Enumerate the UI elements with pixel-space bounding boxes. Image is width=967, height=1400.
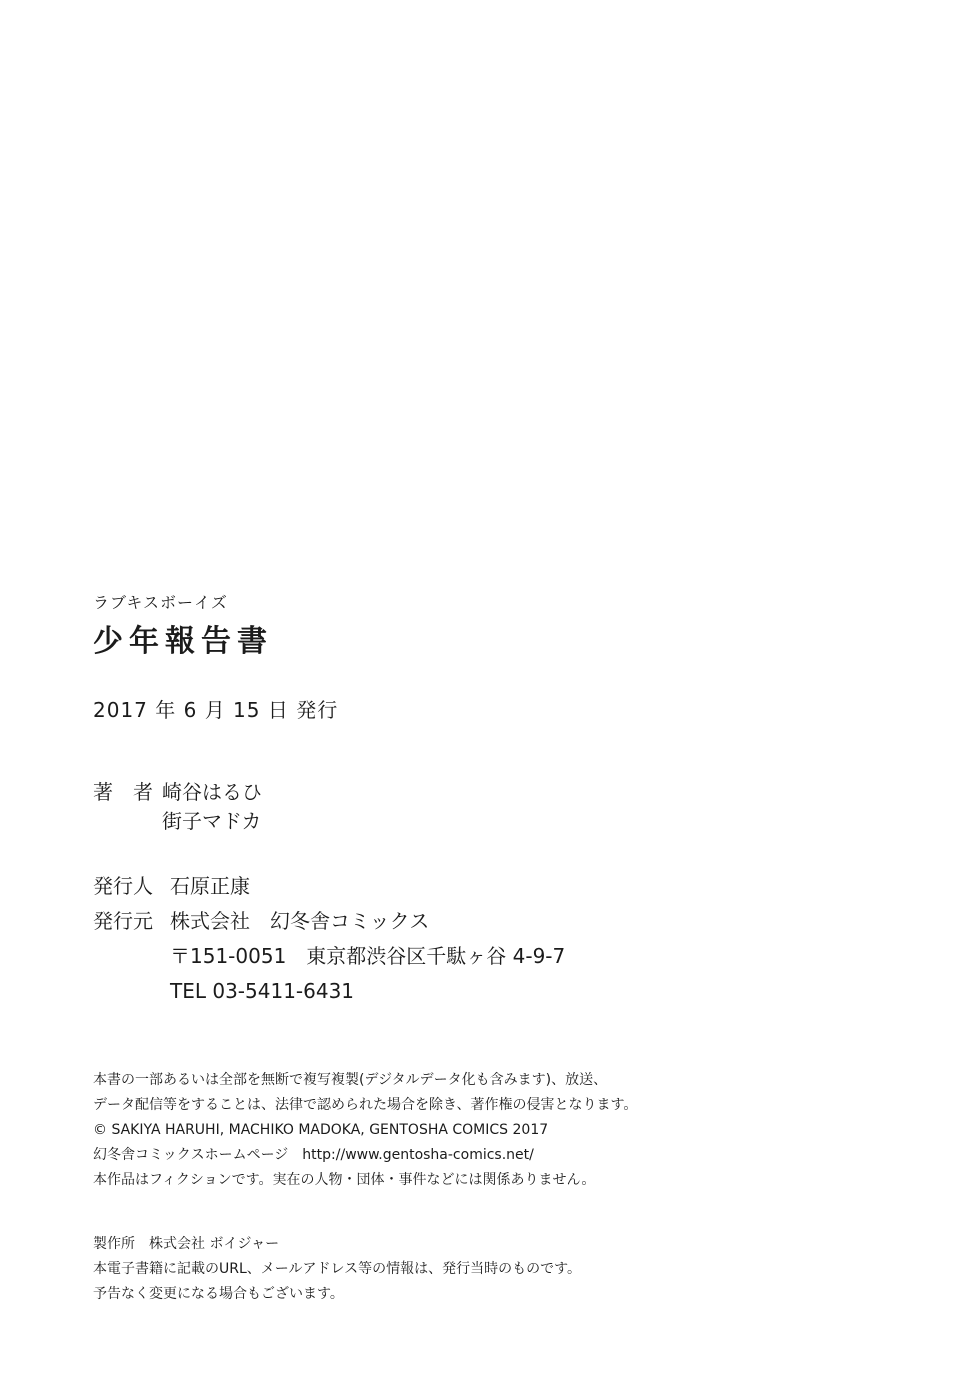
url-notice-line-2: 予告なく変更になる場合もございます。: [93, 1282, 581, 1307]
author-name-2: 街子マドカ: [162, 807, 261, 836]
homepage-line: 幻冬舎コミックスホームページ http://www.gentosha-comic…: [93, 1143, 637, 1168]
publisher-person-label: 発行人: [93, 869, 170, 904]
publisher-person-row: 発行人 石原正康: [93, 869, 565, 904]
colophon-page: ラブキスボーイズ 少年報告書 2017 年 6 月 15 日 発行 著 者 崎谷…: [0, 0, 967, 1400]
author-block: 著 者 崎谷はるひ 街子マドカ: [93, 778, 262, 836]
publication-date: 2017 年 6 月 15 日 発行: [93, 694, 338, 723]
url-notice-line-1: 本電子書籍に記載のURL、メールアドレス等の情報は、発行当時のものです。: [93, 1257, 581, 1282]
copyright-line: © SAKIYA HARUHI, MACHIKO MADOKA, GENTOSH…: [93, 1118, 637, 1143]
publisher-company-label: 発行元: [93, 904, 170, 939]
series-label: ラブキスボーイズ: [93, 590, 228, 613]
author-label-spacer: [93, 807, 162, 836]
publisher-tel: TEL 03-5411-6431: [93, 974, 565, 1009]
author-row-1: 著 者 崎谷はるひ: [93, 778, 262, 807]
author-name-1: 崎谷はるひ: [162, 778, 262, 807]
copy-notice-line-2: データ配信等をすることは、法律で認められた場合を除き、著作権の侵害となります。: [93, 1093, 637, 1118]
fiction-notice-line: 本作品はフィクションです。実在の人物・団体・事件などには関係ありません。: [93, 1168, 637, 1193]
publisher-address: 〒151-0051 東京都渋谷区千駄ヶ谷 4-9-7: [93, 939, 565, 974]
book-title: 少年報告書: [93, 616, 273, 660]
author-row-2: 街子マドカ: [93, 807, 262, 836]
author-label: 著 者: [93, 778, 162, 807]
legal-block: 本書の一部あるいは全部を無断で複写複製(デジタルデータ化も含みます)、放送、 デ…: [93, 1068, 637, 1193]
publisher-company-row: 発行元 株式会社 幻冬舎コミックス: [93, 904, 565, 939]
publisher-company-name: 株式会社 幻冬舎コミックス: [170, 904, 429, 939]
production-block: 製作所 株式会社 ボイジャー 本電子書籍に記載のURL、メールアドレス等の情報は…: [93, 1232, 581, 1307]
copy-notice-line-1: 本書の一部あるいは全部を無断で複写複製(デジタルデータ化も含みます)、放送、: [93, 1068, 637, 1093]
publisher-person-name: 石原正康: [170, 869, 250, 904]
publisher-block: 発行人 石原正康 発行元 株式会社 幻冬舎コミックス 〒151-0051 東京都…: [93, 869, 565, 1009]
producer-line: 製作所 株式会社 ボイジャー: [93, 1232, 581, 1257]
